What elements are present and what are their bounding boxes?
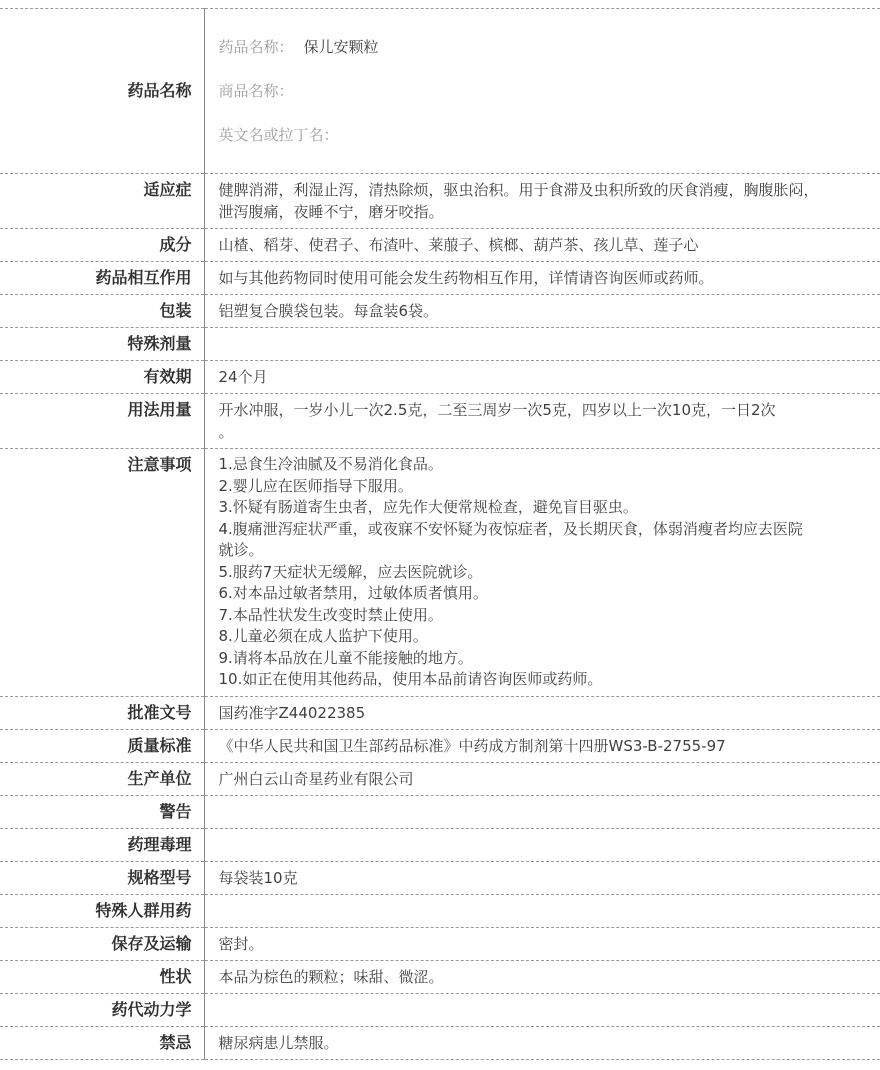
table-row-warning: 警告: [0, 795, 880, 828]
row-label: 保存及运输: [0, 927, 204, 960]
row-value: 开水冲服，一岁小儿一次2.5克，二至三周岁一次5克，四岁以上一次10克，一日2次…: [204, 394, 880, 449]
row-value: [204, 795, 880, 828]
row-value: [204, 993, 880, 1026]
row-label: 包装: [0, 295, 204, 328]
table-row-special-populations: 特殊人群用药: [0, 894, 880, 927]
table-row-contraindications: 禁忌 糖尿病患儿禁服。: [0, 1026, 880, 1059]
row-value: [204, 328, 880, 361]
row-value: 24个月: [204, 361, 880, 394]
row-label: 性状: [0, 960, 204, 993]
table-row-storage-transport: 保存及运输 密封。: [0, 927, 880, 960]
row-label: 药理毒理: [0, 828, 204, 861]
row-label: 药代动力学: [0, 993, 204, 1026]
drug-name-line: 药品名称：保儿安颗粒: [219, 36, 865, 58]
table-row-precautions: 注意事项 1.忌食生冷油腻及不易消化食品。 2.婴儿应在医师指导下服用。 3.怀…: [0, 449, 880, 697]
row-value: 山楂、稻芽、使君子、布渣叶、莱菔子、槟榔、葫芦茶、孩儿草、莲子心: [204, 229, 880, 262]
field-key-trade-name: 商品名称：: [219, 82, 294, 100]
row-label: 特殊人群用药: [0, 894, 204, 927]
table-row-packaging: 包装 铝塑复合膜袋包装。每盒装6袋。: [0, 295, 880, 328]
table-row-quality-standard: 质量标准 《中华人民共和国卫生部药品标准》中药成方制剂第十四册WS3-B-275…: [0, 729, 880, 762]
row-label: 禁忌: [0, 1026, 204, 1059]
trade-name-line: 商品名称：: [219, 80, 865, 102]
row-value: 密封。: [204, 927, 880, 960]
row-value: 药品名称：保儿安颗粒 商品名称： 英文名或拉丁名：: [204, 9, 880, 174]
english-name-line: 英文名或拉丁名：: [219, 124, 865, 146]
row-value: 糖尿病患儿禁服。: [204, 1026, 880, 1059]
field-key-english-name: 英文名或拉丁名：: [219, 126, 339, 144]
row-label: 用法用量: [0, 394, 204, 449]
table-row-pharmacology-toxicology: 药理毒理: [0, 828, 880, 861]
row-label: 特殊剂量: [0, 328, 204, 361]
row-label: 有效期: [0, 361, 204, 394]
table-row-pharmacokinetics: 药代动力学: [0, 993, 880, 1026]
table-row-indications: 适应症 健脾消滞，利湿止泻，清热除烦，驱虫治积。用于食滞及虫积所致的厌食消瘦，胸…: [0, 174, 880, 229]
row-value: [204, 894, 880, 927]
row-label: 警告: [0, 795, 204, 828]
field-value-drug-name: 保儿安颗粒: [304, 38, 379, 56]
drug-info-table: 药品名称 药品名称：保儿安颗粒 商品名称： 英文名或拉丁名： 适应症 健脾消滞，…: [0, 8, 880, 1060]
table-row-drug-interactions: 药品相互作用 如与其他药物同时使用可能会发生药物相互作用，详情请咨询医师或药师。: [0, 262, 880, 295]
table-row-dosage: 用法用量 开水冲服，一岁小儿一次2.5克，二至三周岁一次5克，四岁以上一次10克…: [0, 394, 880, 449]
row-value: 《中华人民共和国卫生部药品标准》中药成方制剂第十四册WS3-B-2755-97: [204, 729, 880, 762]
table-row-special-dosage: 特殊剂量: [0, 328, 880, 361]
row-label: 注意事项: [0, 449, 204, 697]
table-row-specification: 规格型号 每袋装10克: [0, 861, 880, 894]
row-label: 批准文号: [0, 696, 204, 729]
row-value: 如与其他药物同时使用可能会发生药物相互作用，详情请咨询医师或药师。: [204, 262, 880, 295]
row-value: 每袋装10克: [204, 861, 880, 894]
row-value: 本品为棕色的颗粒；味甜、微涩。: [204, 960, 880, 993]
row-value: 广州白云山奇星药业有限公司: [204, 762, 880, 795]
row-label: 质量标准: [0, 729, 204, 762]
row-label: 生产单位: [0, 762, 204, 795]
row-value: 国药准字Z44022385: [204, 696, 880, 729]
table-row-approval-number: 批准文号 国药准字Z44022385: [0, 696, 880, 729]
row-value: 健脾消滞，利湿止泻，清热除烦，驱虫治积。用于食滞及虫积所致的厌食消瘦，胸腹胀闷，…: [204, 174, 880, 229]
table-row-drug-name: 药品名称 药品名称：保儿安颗粒 商品名称： 英文名或拉丁名：: [0, 9, 880, 174]
row-label: 药品名称: [0, 9, 204, 174]
row-label: 药品相互作用: [0, 262, 204, 295]
row-label: 成分: [0, 229, 204, 262]
table-row-ingredients: 成分 山楂、稻芽、使君子、布渣叶、莱菔子、槟榔、葫芦茶、孩儿草、莲子心: [0, 229, 880, 262]
table-row-description: 性状 本品为棕色的颗粒；味甜、微涩。: [0, 960, 880, 993]
table-row-shelf-life: 有效期 24个月: [0, 361, 880, 394]
table-row-manufacturer: 生产单位 广州白云山奇星药业有限公司: [0, 762, 880, 795]
row-label: 规格型号: [0, 861, 204, 894]
row-value: 铝塑复合膜袋包装。每盒装6袋。: [204, 295, 880, 328]
field-key-drug-name: 药品名称：: [219, 38, 294, 56]
row-value: 1.忌食生冷油腻及不易消化食品。 2.婴儿应在医师指导下服用。 3.怀疑有肠道寄…: [204, 449, 880, 697]
row-value: [204, 828, 880, 861]
row-label: 适应症: [0, 174, 204, 229]
